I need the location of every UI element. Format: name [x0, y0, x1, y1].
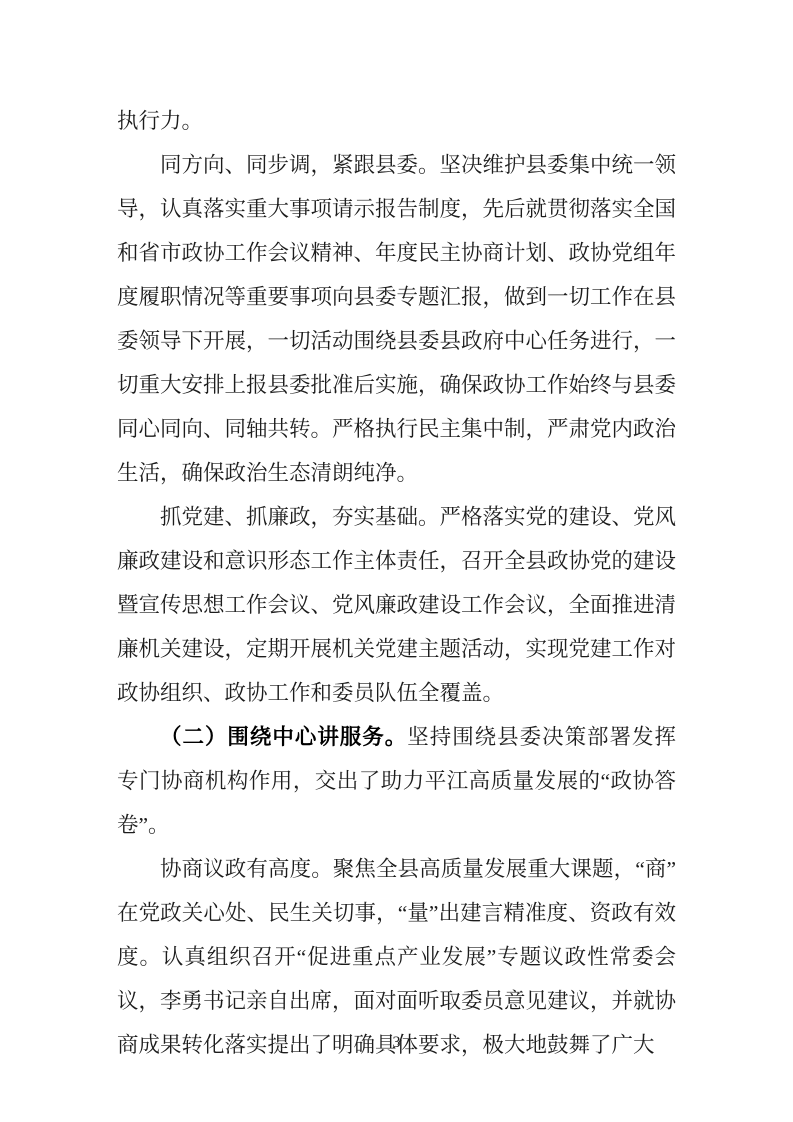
- paragraph-section-two: （二）围绕中心讲服务。坚持围绕县委决策部署发挥专门协商机构作用，交出了助力平江高…: [117, 715, 676, 847]
- paragraph-party-building: 抓党建、抓廉政，夯实基础。严格落实党的建设、党风廉政建设和意识形态工作主体责任，…: [117, 495, 676, 715]
- page-number: 3: [0, 1032, 793, 1054]
- paragraph-follow-county-committee: 同方向、同步调，紧跟县委。坚决维护县委集中统一领导，认真落实重大事项请示报告制度…: [117, 143, 676, 495]
- document-page: 执行力。 同方向、同步调，紧跟县委。坚决维护县委集中统一领导，认真落实重大事项请…: [0, 0, 793, 1122]
- document-body: 执行力。 同方向、同步调，紧跟县委。坚决维护县委集中统一领导，认真落实重大事项请…: [117, 99, 676, 1067]
- document-canvas: { "document": { "page_number": "3", "par…: [0, 0, 793, 1122]
- section-heading: （二）围绕中心讲服务。: [160, 725, 407, 749]
- paragraph-continuation: 执行力。: [117, 99, 676, 143]
